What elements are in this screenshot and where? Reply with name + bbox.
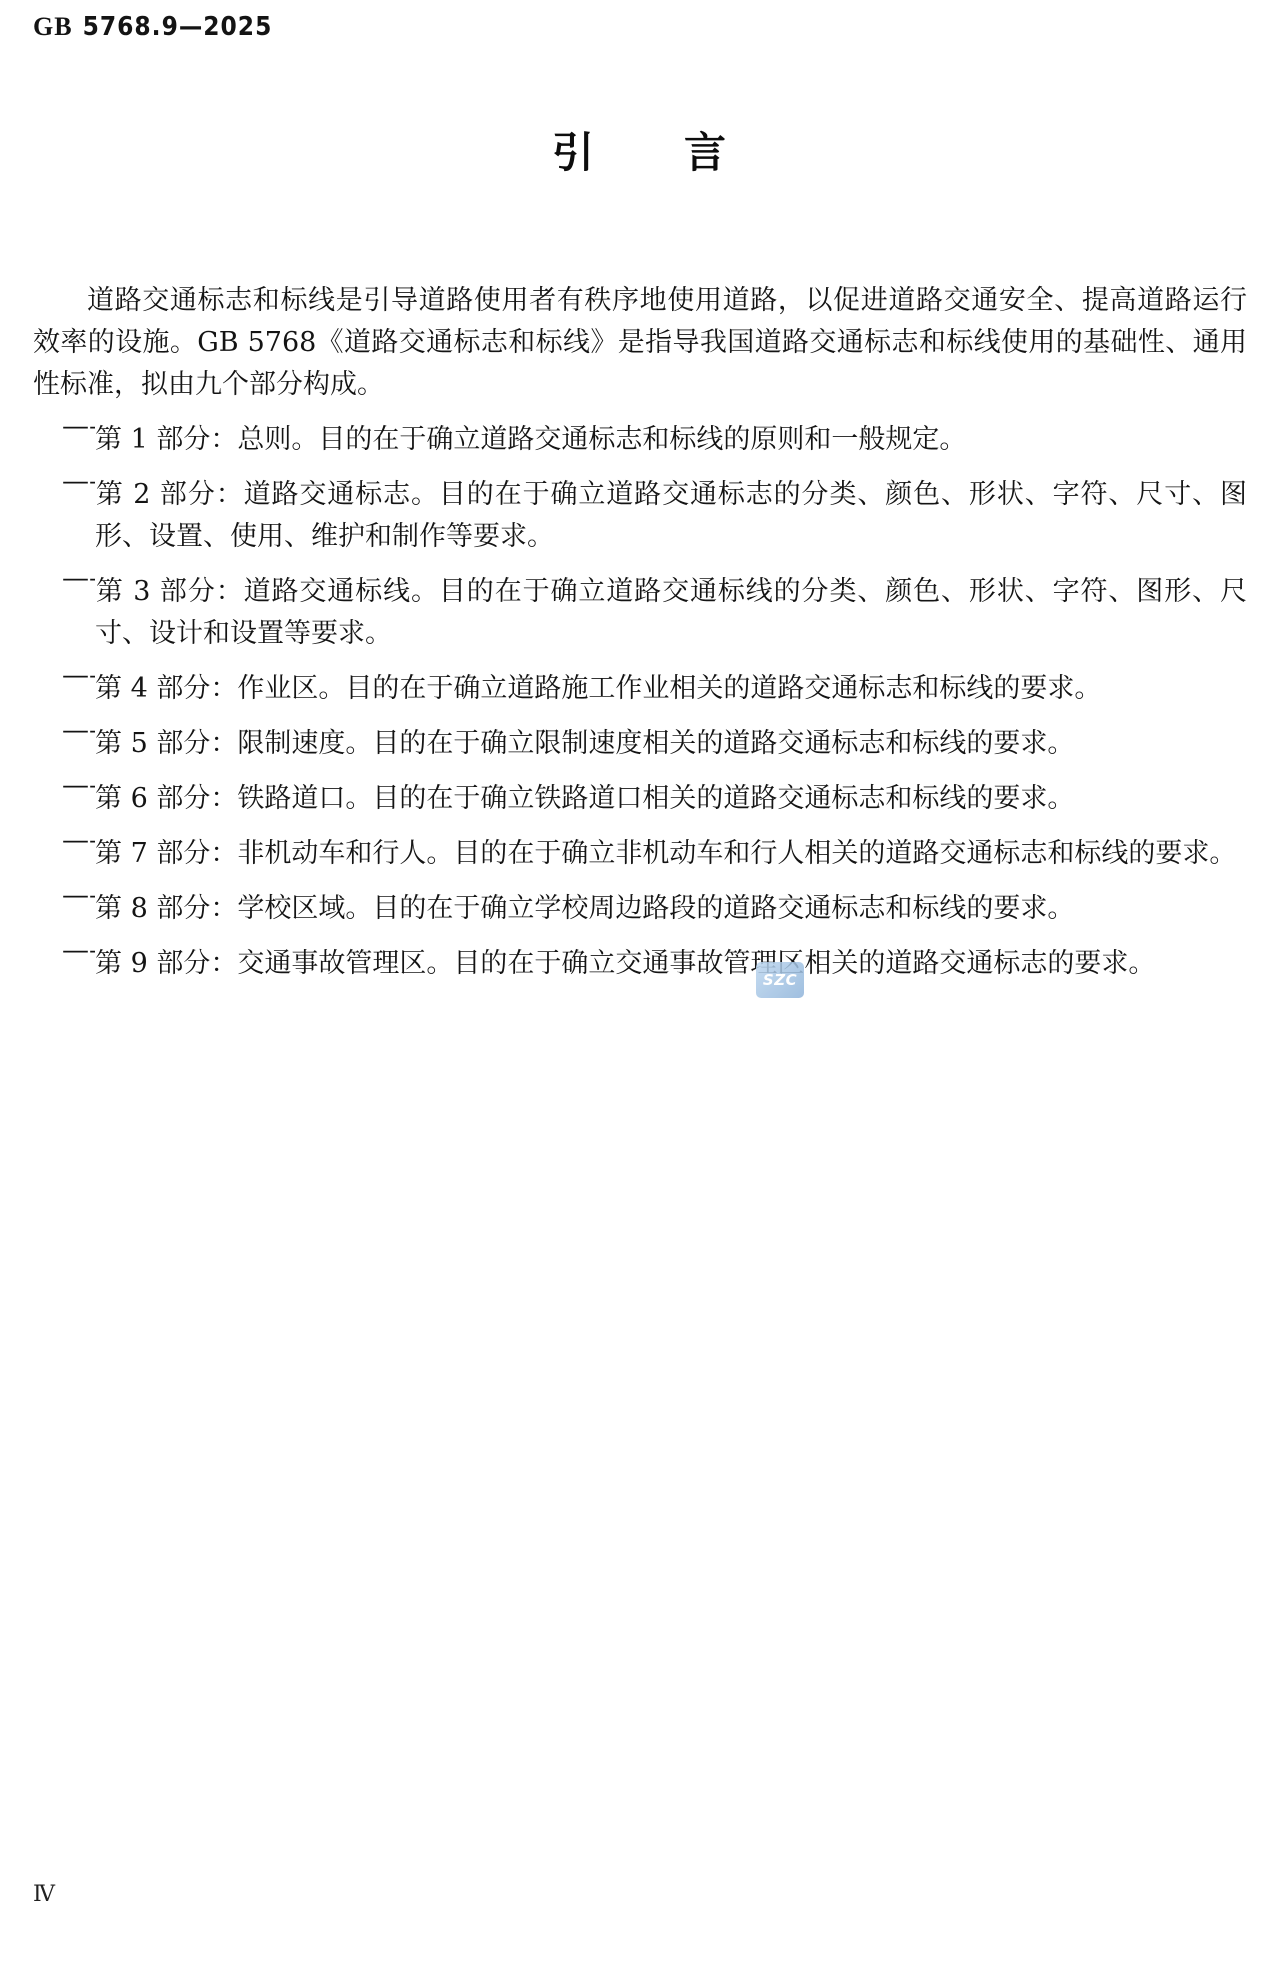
em-dash: —— <box>62 655 95 697</box>
part-text: 第 3 部分：道路交通标线。目的在于确立道路交通标线的分类、颜色、形状、字符、图… <box>95 576 1247 649</box>
part-text: 第 5 部分：限制速度。目的在于确立限制速度相关的道路交通标志和标线的要求。 <box>95 728 1074 759</box>
parts-list: ——第 1 部分：总则。目的在于确立道路交通标志和标线的原则和一般规定。 ——第… <box>33 406 1247 985</box>
part-text: 第 6 部分：铁路道口。目的在于确立铁路道口相关的道路交通标志和标线的要求。 <box>95 783 1074 814</box>
watermark-text: SZC <box>763 971 797 989</box>
doc-number: GB5768.9—2025 <box>33 12 272 42</box>
em-dash: —— <box>62 765 95 807</box>
em-dash: —— <box>62 406 95 448</box>
part-item-5: ——第 5 部分：限制速度。目的在于确立限制速度相关的道路交通标志和标线的要求。 <box>33 710 1247 765</box>
part-text: 第 1 部分：总则。目的在于确立道路交通标志和标线的原则和一般规定。 <box>95 424 966 455</box>
em-dash: —— <box>62 875 95 917</box>
em-dash: —— <box>62 710 95 752</box>
part-item-1: ——第 1 部分：总则。目的在于确立道路交通标志和标线的原则和一般规定。 <box>33 406 1247 461</box>
page-title: 引 言 <box>0 120 1280 180</box>
body-text: 道路交通标志和标线是引导道路使用者有秩序地使用道路，以促进道路交通安全、提高道路… <box>33 280 1247 985</box>
part-text: 第 8 部分：学校区域。目的在于确立学校周边路段的道路交通标志和标线的要求。 <box>95 893 1074 924</box>
document-page: GB5768.9—2025 引 言 道路交通标志和标线是引导道路使用者有秩序地使… <box>0 0 1280 1967</box>
part-item-7: ——第 7 部分：非机动车和行人。目的在于确立非机动车和行人相关的道路交通标志和… <box>33 820 1247 875</box>
page-number: Ⅳ <box>33 1882 55 1907</box>
doc-number-prefix: GB <box>33 12 73 41</box>
part-text: 第 9 部分：交通事故管理区。目的在于确立交通事故管理区相关的道路交通标志的要求… <box>95 948 1155 979</box>
part-text: 第 4 部分：作业区。目的在于确立道路施工作业相关的道路交通标志和标线的要求。 <box>95 673 1101 704</box>
part-text: 第 2 部分：道路交通标志。目的在于确立道路交通标志的分类、颜色、形状、字符、尺… <box>95 479 1247 552</box>
watermark-logo: SZC <box>756 962 804 998</box>
part-item-8: ——第 8 部分：学校区域。目的在于确立学校周边路段的道路交通标志和标线的要求。 <box>33 875 1247 930</box>
part-item-2: ——第 2 部分：道路交通标志。目的在于确立道路交通标志的分类、颜色、形状、字符… <box>33 461 1247 558</box>
part-item-6: ——第 6 部分：铁路道口。目的在于确立铁路道口相关的道路交通标志和标线的要求。 <box>33 765 1247 820</box>
part-text: 第 7 部分：非机动车和行人。目的在于确立非机动车和行人相关的道路交通标志和标线… <box>95 838 1236 869</box>
part-item-4: ——第 4 部分：作业区。目的在于确立道路施工作业相关的道路交通标志和标线的要求… <box>33 655 1247 710</box>
part-item-3: ——第 3 部分：道路交通标线。目的在于确立道路交通标线的分类、颜色、形状、字符… <box>33 558 1247 655</box>
em-dash: —— <box>62 558 95 600</box>
em-dash: —— <box>62 461 95 503</box>
intro-paragraph: 道路交通标志和标线是引导道路使用者有秩序地使用道路，以促进道路交通安全、提高道路… <box>33 280 1247 406</box>
part-item-9: ——第 9 部分：交通事故管理区。目的在于确立交通事故管理区相关的道路交通标志的… <box>33 930 1247 985</box>
em-dash: —— <box>62 820 95 862</box>
doc-number-value: 5768.9—2025 <box>83 12 273 42</box>
em-dash: —— <box>62 930 95 972</box>
